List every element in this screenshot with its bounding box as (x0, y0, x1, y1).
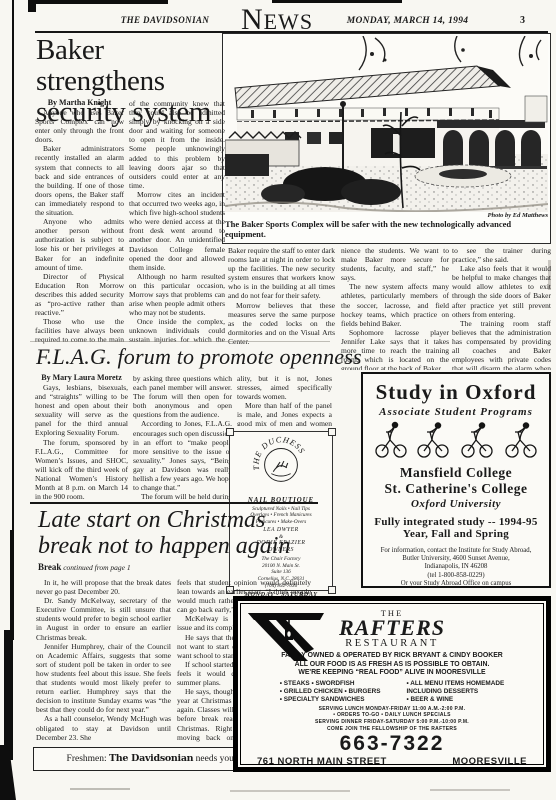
oxford-college1: Mansfield College (367, 465, 545, 481)
paragraph: Butler University, 4600 Sunset Avenue, (367, 555, 545, 563)
scan-artifact-left-line2 (10, 530, 14, 640)
paragraph: (tel 1-800-858-0229) (367, 572, 545, 580)
paragraph: For information, contact the Institute f… (367, 547, 545, 555)
oxford-title: Study in Oxford (367, 380, 545, 405)
paragraph: nience the students. We want to make Bak… (341, 246, 449, 282)
break-headline: Late start on Christmas break not to hap… (38, 507, 328, 559)
paragraph: Morrow believes that these measures serv… (228, 301, 335, 346)
paragraph: to see the trainer during practice,” she… (452, 246, 551, 264)
paragraph: • STEAKS • SWORDFISH (280, 680, 381, 688)
rafters-logo-icon (246, 609, 326, 665)
oxford-subtitle: Associate Student Programs (367, 406, 545, 418)
break-continued-text: continued from page 1 (61, 563, 130, 572)
rafters-hours-lines: SERVING LUNCH MONDAY-FRIDAY 11:00 A.M.-2… (241, 706, 543, 732)
paragraph: The new system affects many athletes, pa… (341, 282, 449, 327)
paragraph: According to Jones, F.L.A.G. encourages … (133, 419, 232, 492)
break-continued-word: Break (38, 562, 61, 572)
masthead: THE DAVIDSONIAN (100, 15, 230, 25)
rafters-street: 761 NORTH MAIN STREET (257, 756, 387, 765)
oxford-university: Oxford University (367, 498, 545, 510)
baker-col1-text: Anyone who uses Baker Sports Complex can… (35, 108, 124, 346)
paragraph: Gays, lesbians, bisexuals, and “straight… (35, 383, 128, 438)
scan-smudge-bottom3 (430, 789, 510, 791)
baker-column-5: to see the trainer during practice,” she… (452, 246, 551, 370)
paragraph: Jennifer Humphrey, chair of the Council … (36, 642, 171, 715)
oxford-study-line: Fully integrated study -- 1994-95 (367, 516, 545, 528)
paragraph: SERVING LUNCH MONDAY-FRIDAY 11:00 A.M.-2… (241, 706, 543, 713)
baker-column-2: of the community knew that they could al… (129, 99, 225, 346)
paragraph: Anyone who uses Baker Sports Complex can… (35, 108, 124, 144)
rafters-address-row: 761 NORTH MAIN STREET MOORESVILLE (241, 756, 543, 765)
paragraph: Dr. Sandy McKelway, secretary of the Exe… (36, 596, 171, 641)
paragraph: • ALL MENU ITEMS HOMEMADE (406, 680, 504, 688)
newspaper-page: THE DAVIDSONIAN NEWS MONDAY, MARCH 14, 1… (0, 0, 556, 800)
paragraph: Suite 136 (232, 569, 330, 576)
oxford-ad: Study in Oxford Associate Student Progra… (361, 372, 551, 588)
oxford-term-line: Year, Fall and Spring (367, 528, 545, 540)
rafters-menu-bullets: • STEAKS • SWORDFISH• GRILLED CHICKEN • … (241, 680, 543, 704)
paragraph: In it, he will propose that the break da… (36, 578, 171, 596)
freshmen-prefix: Freshmen: (67, 754, 109, 764)
rafters-ad: THE RAFTERS RESTAURANT FAMILY OWNED & OP… (233, 596, 551, 772)
baker-column-1: By Martha Knight Anyone who uses Baker S… (35, 98, 124, 346)
flag-column-2: by asking three questions which each pan… (133, 374, 232, 501)
paragraph: ality, but it is not, Jones stresses, ai… (237, 374, 332, 401)
paragraph: As a hall counselor, Wendy McHugh was ob… (36, 714, 171, 741)
paragraph: • GRILLED CHICKEN • BURGERS (280, 688, 381, 696)
baker-byline: By Martha Knight (35, 98, 124, 107)
paragraph: • BEER & WINE (406, 696, 504, 704)
duchess-corner-mark (328, 586, 336, 594)
paragraph: Although no harm resulted on this partic… (129, 272, 225, 317)
paragraph: More than half of the panel is male, and… (237, 401, 332, 426)
cyclists-illustration (370, 420, 542, 460)
paragraph: • ORDERS TO-GO • DAILY LUNCH SPECIALS (241, 712, 543, 719)
paragraph: INCLUDING DESSERTS (406, 688, 504, 696)
paragraph: COME JOIN THE FELLOWSHIP OF THE RAFTERS (241, 726, 543, 733)
duchess-logo: THE DUCHESS (252, 435, 310, 491)
flag-col1-text: Gays, lesbians, bisexuals, and “straight… (35, 383, 128, 500)
scan-artifact-corner-blob (0, 745, 16, 800)
break-headline-line2: break not to happen again (38, 533, 328, 559)
duchess-corner-mark (328, 428, 336, 436)
dateline: MONDAY, MARCH 14, 1994 (345, 16, 470, 26)
rafters-line3: WE'RE KEEPING “REAL FOOD” ALIVE IN MOORE… (241, 669, 543, 678)
flag-top-rule (30, 341, 330, 342)
paragraph: Baker require the staff to enter dark ro… (228, 246, 335, 301)
rafters-city: MOORESVILLE (452, 756, 527, 765)
rafters-ad-inner: THE RAFTERS RESTAURANT FAMILY OWNED & OP… (240, 603, 544, 765)
photo-caption: The Baker Sports Complex will be safer w… (225, 219, 548, 239)
oxford-college2: St. Catherine's College (367, 481, 545, 497)
baker-column-3: Baker require the staff to enter dark ro… (228, 246, 335, 346)
flag-byline: By Mary Laura Moretz (35, 373, 128, 382)
break-column-1: In it, he will propose that the break da… (36, 578, 171, 744)
paragraph: The forum, sponsored by F.L.A.G., Commit… (35, 438, 128, 500)
paragraph: by asking three questions which each pan… (133, 374, 232, 419)
paragraph: of the community knew that they could al… (129, 99, 225, 190)
paragraph: • SPECIALTY SANDWICHES (280, 696, 381, 704)
paragraph: The training room staff believes that th… (452, 319, 551, 370)
flag-column-3: ality, but it is not, Jones stresses, ai… (237, 374, 332, 426)
page-number: 3 (520, 15, 525, 26)
paragraph: Lake also feels that it would be helpful… (452, 264, 551, 319)
paragraph: 20100 N. Main St. (232, 563, 330, 570)
freshmen-paper-name: The Davidsonian (109, 753, 193, 764)
oxford-info: For information, contact the Institute f… (367, 547, 545, 588)
break-continued-note: Break continued from page 1 (38, 562, 131, 572)
flag-column-1: By Mary Laura Moretz Gays, lesbians, bis… (35, 373, 128, 501)
baker-photo (225, 36, 548, 212)
scan-smudge-bottom2 (230, 790, 350, 792)
paragraph: Director of Physical Education Ron Morro… (35, 272, 124, 317)
scan-artifact-top-line1 (28, 0, 168, 4)
rafters-bullets-right: • ALL MENU ITEMS HOMEMADEINCLUDING DESSE… (406, 680, 504, 704)
paragraph: Anyone who admits another person without… (35, 217, 124, 272)
break-top-rule (30, 502, 318, 504)
scan-artifact-left-blob (4, 630, 13, 760)
scan-artifact-left-line (12, 0, 14, 540)
paragraph: SERVING DINNER FRIDAY-SATURDAY 5:00 P.M.… (241, 719, 543, 726)
baker-photo-box: Photo by Ed Matthews The Baker Sports Co… (222, 33, 551, 244)
flag-headline: F.L.A.G. forum to promote openness (36, 344, 336, 370)
rafters-bullets-left: • STEAKS • SWORDFISH• GRILLED CHICKEN • … (280, 680, 381, 704)
paragraph: Or your Study Abroad Office on campus (367, 580, 545, 588)
scan-smudge-bottom1 (70, 788, 130, 790)
break-headline-line1: Late start on Christmas (38, 507, 328, 533)
scan-artifact-top-corner (28, 0, 36, 12)
paragraph: Indianapolis, IN 46208 (367, 563, 545, 571)
paragraph: Morrow cites an incident that occurred t… (129, 190, 225, 272)
photo-credit: Photo by Ed Matthews (225, 212, 548, 219)
rafters-phone: 663-7322 (241, 733, 543, 755)
paragraph: Baker administrators recently installed … (35, 144, 124, 217)
duchess-corner-mark (226, 428, 234, 436)
paragraph: The forum will be held during Women’s Hi… (133, 492, 232, 501)
